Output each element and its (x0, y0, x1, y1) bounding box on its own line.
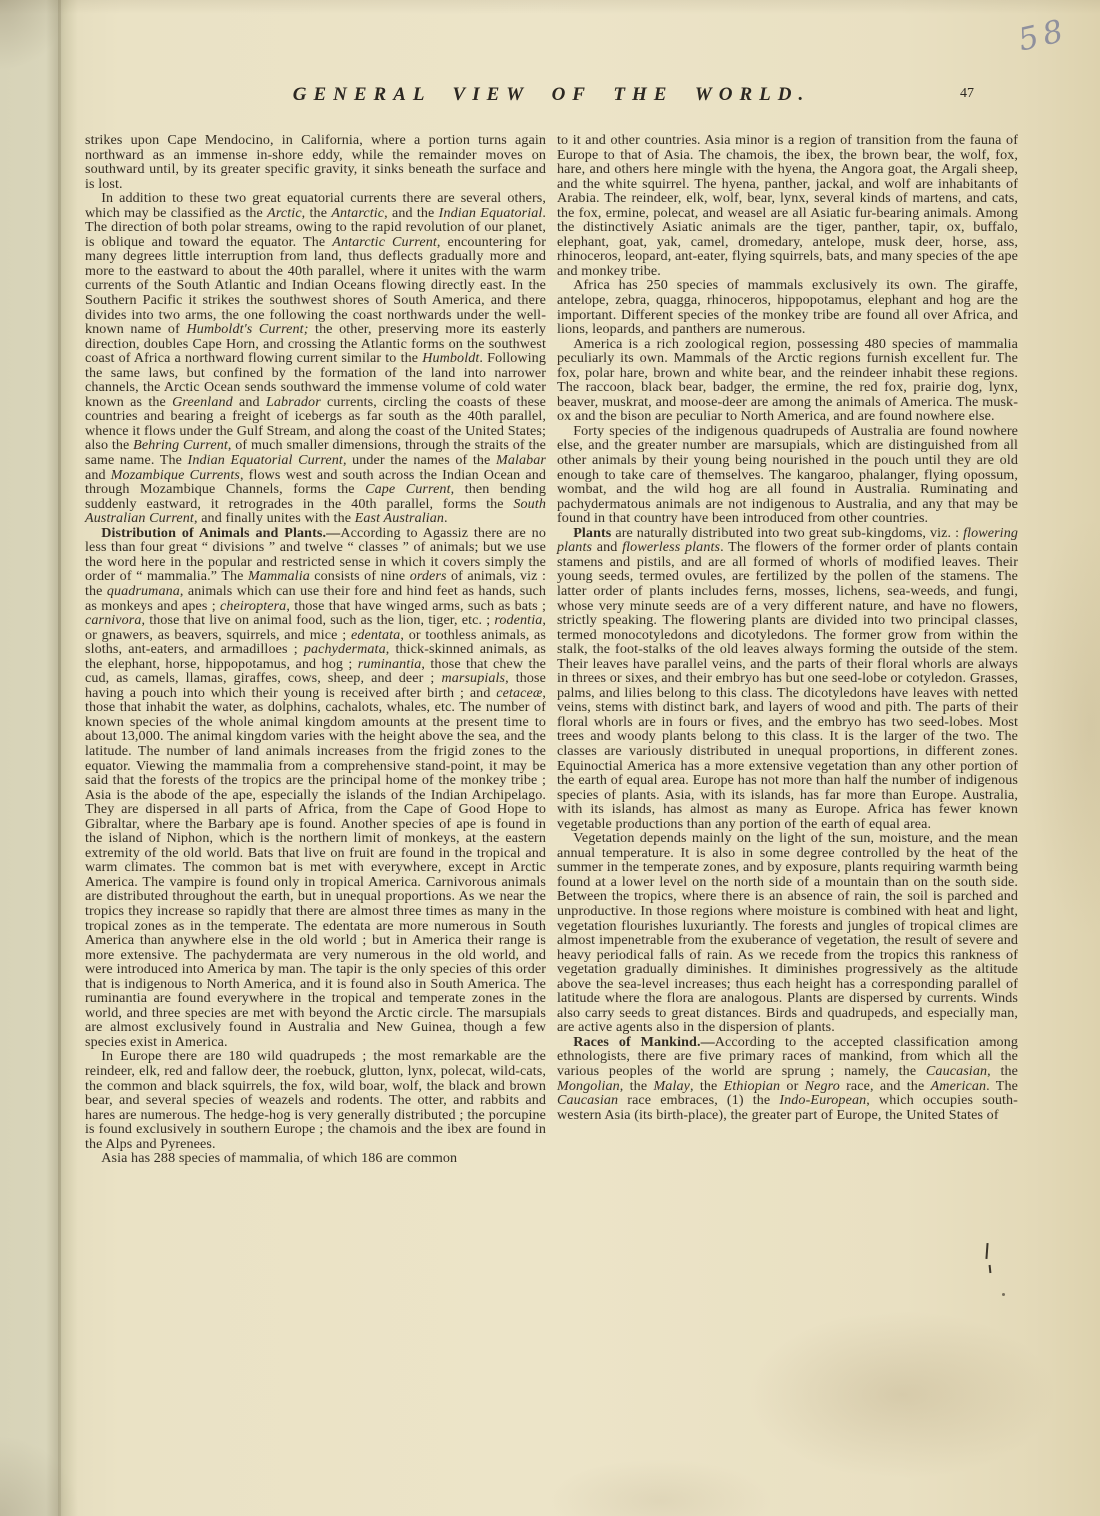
text-run: Africa has 250 species of mammals exclus… (557, 277, 1018, 337)
left-column: strikes upon Cape Mendocino, in Californ… (85, 133, 546, 1166)
text-run: , those that inhabit the water, as dolph… (85, 685, 546, 1050)
printed-page-number: 47 (960, 86, 974, 102)
paragraph: strikes upon Cape Mendocino, in Californ… (85, 133, 546, 191)
text-run: strikes upon Cape Mendocino, in Californ… (85, 132, 546, 192)
stray-ink-mark (1002, 1293, 1005, 1296)
paragraph: In Europe there are 180 wild quadrupeds … (85, 1049, 546, 1151)
paragraph: America is a rich zoological region, pos… (557, 337, 1018, 424)
text-run: Forty species of the indigenous quadrupe… (557, 423, 1018, 526)
handwritten-page-number: 58 (1015, 5, 1100, 58)
paragraph: Asia has 288 species of mammalia, of whi… (85, 1151, 546, 1166)
paragraph: Plants are naturally distributed into tw… (557, 526, 1018, 831)
text-run: to it and other countries. Asia minor is… (557, 132, 1018, 279)
paragraph: Vegetation depends mainly on the light o… (557, 831, 1018, 1035)
paragraph: Africa has 250 species of mammals exclus… (557, 278, 1018, 336)
paragraph: In addition to these two great equatoria… (85, 191, 546, 526)
book-page-scan: 58 GENERAL VIEW OF THE WORLD. 47 strikes… (0, 0, 1100, 1516)
text-run: America is a rich zoological region, pos… (557, 336, 1018, 425)
text-run: . The flowers of the former order of pla… (557, 539, 1018, 831)
paragraph: Distribution of Animals and Plants.—Acco… (85, 526, 546, 1050)
text-run: Asia has 288 species of mammalia, of whi… (101, 1150, 457, 1166)
text-run: Vegetation depends mainly on the light o… (557, 830, 1018, 1035)
text-run: In Europe there are 180 wild quadrupeds … (85, 1048, 546, 1151)
stray-ink-mark (989, 1265, 992, 1273)
paragraph: Forty species of the indigenous quadrupe… (557, 424, 1018, 526)
paragraph: Races of Mankind.—According to the accep… (557, 1035, 1018, 1122)
page-title: GENERAL VIEW OF THE WORLD. (85, 84, 1018, 106)
stray-ink-mark (985, 1243, 988, 1259)
right-column: to it and other countries. Asia minor is… (557, 133, 1018, 1166)
paragraph: to it and other countries. Asia minor is… (557, 133, 1018, 278)
page-gutter-crease (58, 0, 61, 1516)
text-columns: strikes upon Cape Mendocino, in Californ… (85, 133, 1018, 1166)
page-header: GENERAL VIEW OF THE WORLD. 47 (85, 84, 1018, 118)
